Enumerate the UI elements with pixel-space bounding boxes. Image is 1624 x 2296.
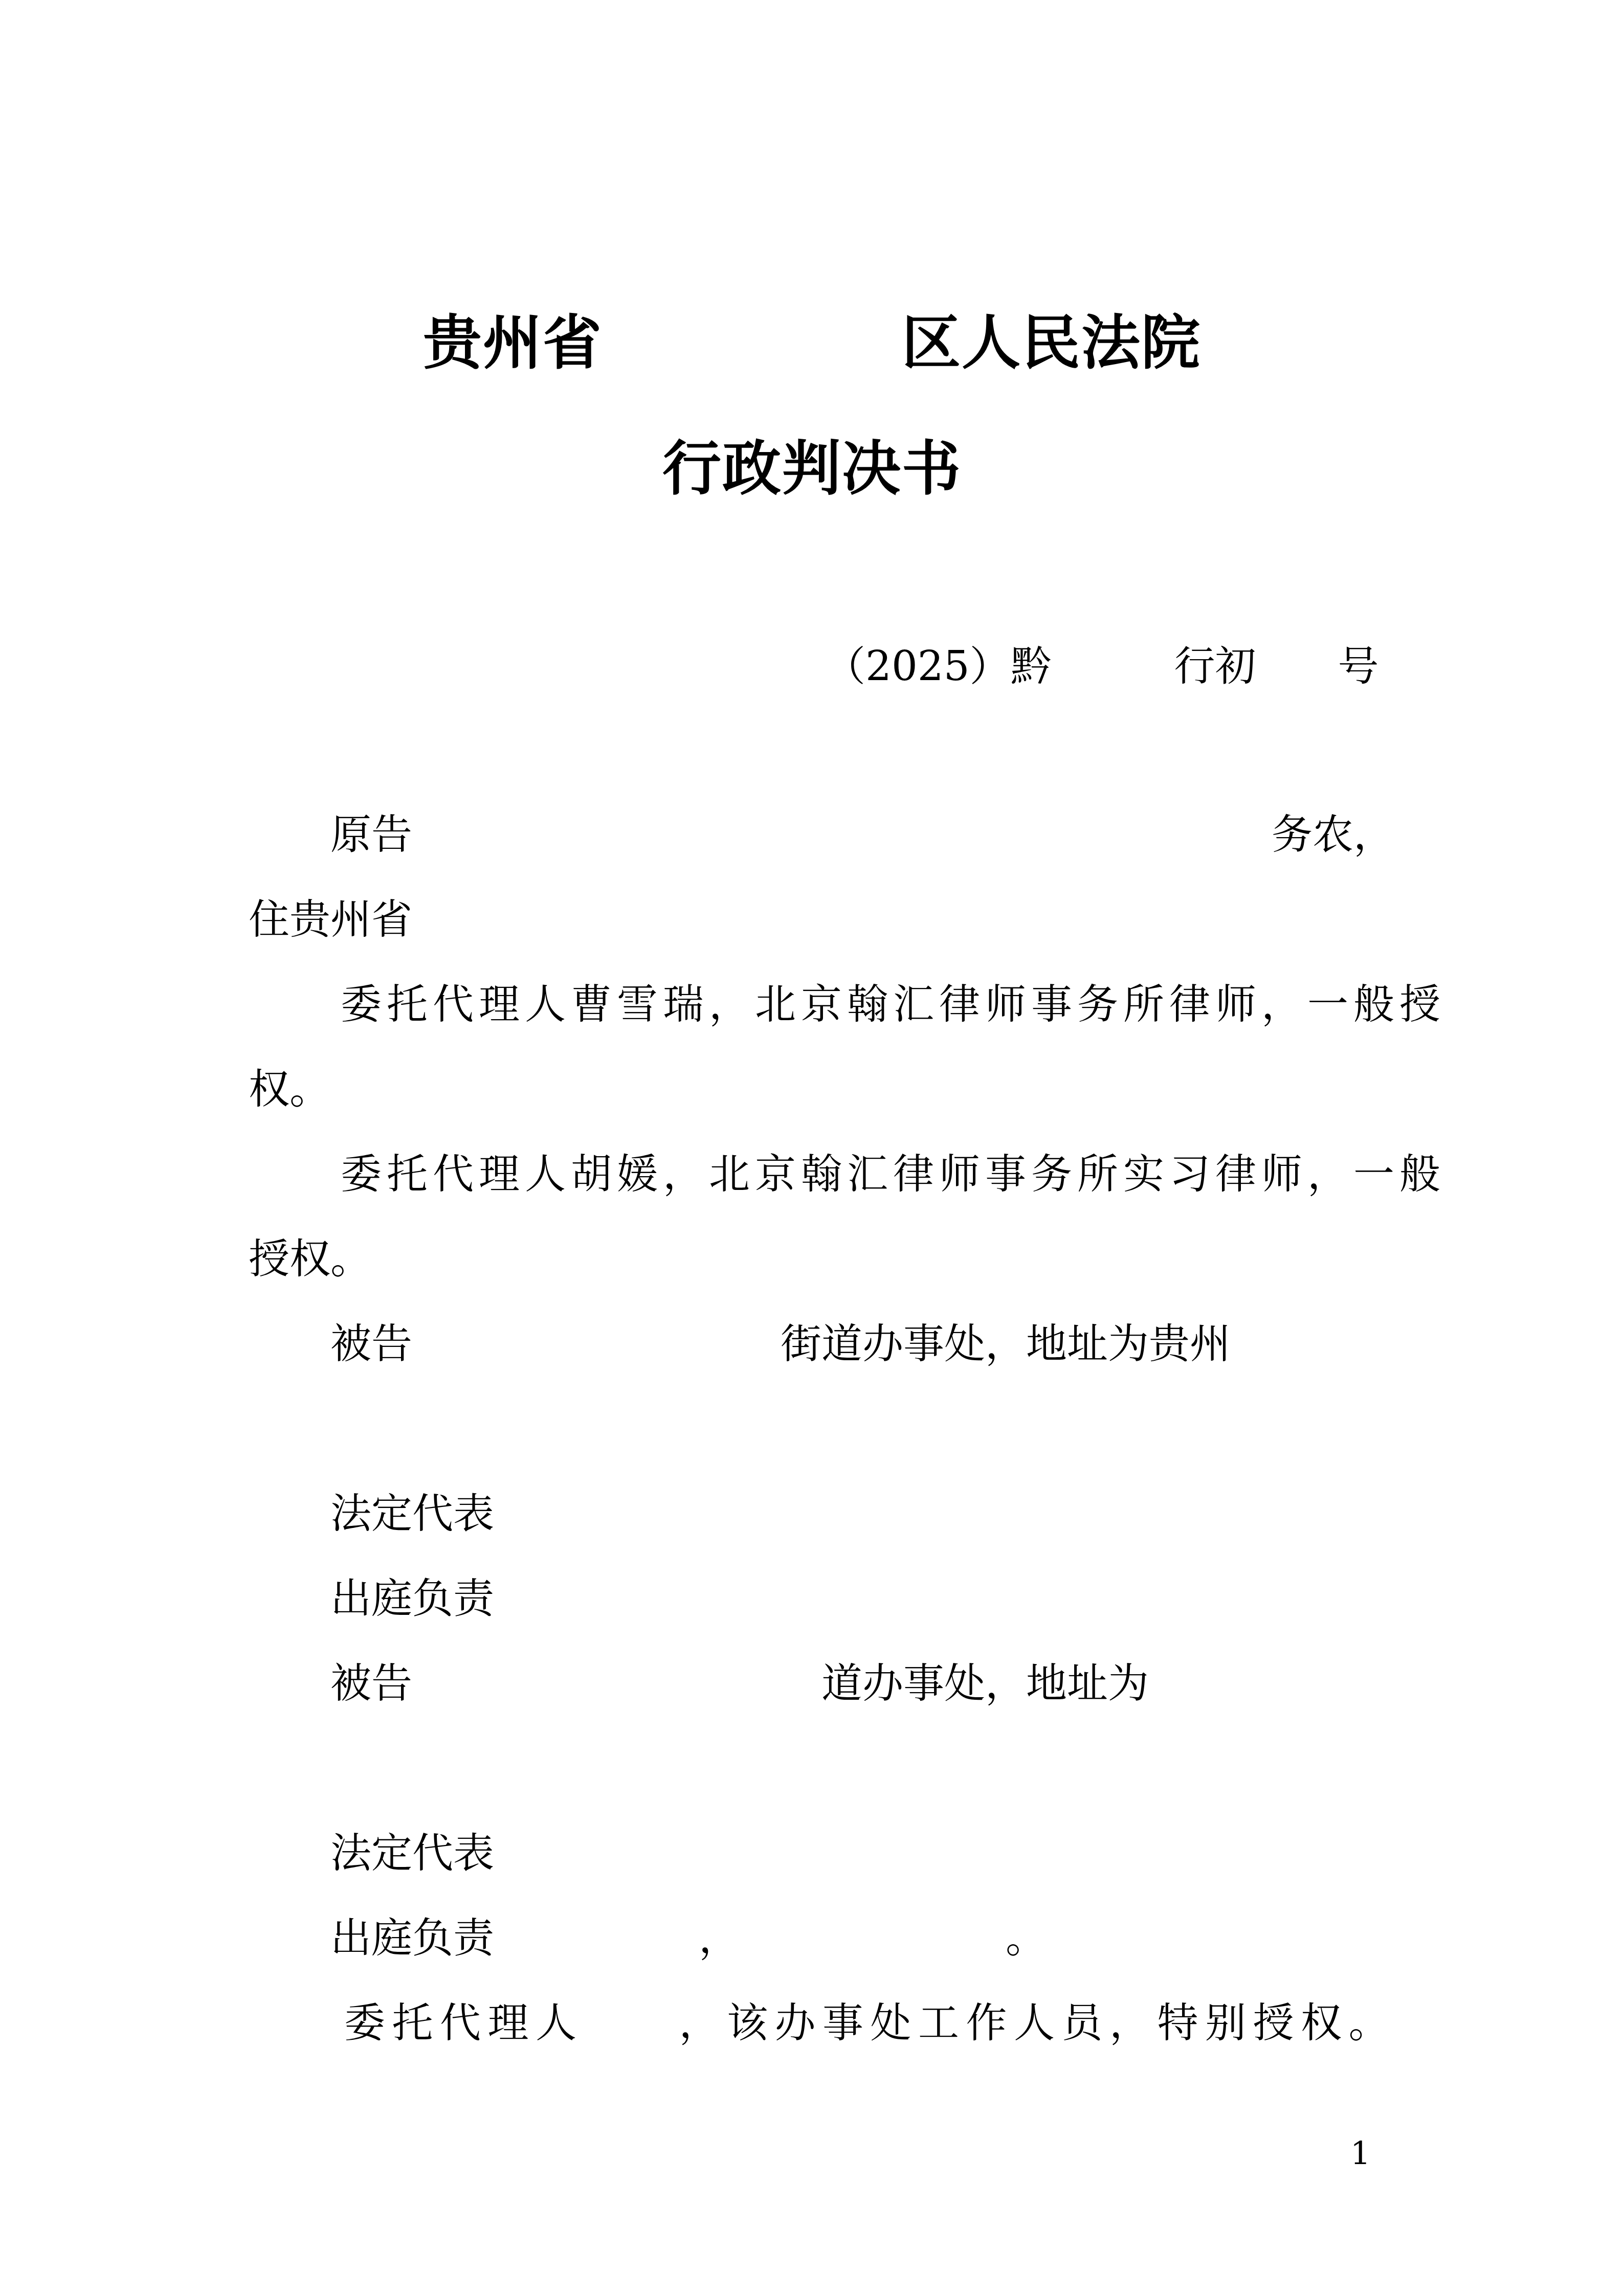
body-line-court-appearance-2: 出庭负责 ， 。	[249, 1896, 1415, 1980]
body-line-defendant-2: 被告 道办事处，地址为	[249, 1641, 1415, 1726]
body-line-agent-1: 委托代理人曹雪瑞，北京翰汇律师事务所律师，一般授	[249, 962, 1415, 1047]
body-line-legal-rep-1: 法定代表	[249, 1471, 1415, 1556]
page-number: 1	[1350, 2131, 1370, 2175]
case-number: （2025）黔 行初 号	[825, 638, 1379, 694]
body-line-residence: 住贵州省	[249, 877, 1415, 962]
body-line-defendant-1: 被告 街道办事处，地址为贵州	[249, 1301, 1415, 1386]
body-line-blank	[249, 1726, 1415, 1811]
court-name-heading: 贵州省 区人民法院	[0, 305, 1624, 381]
body-line-legal-rep-2: 法定代表	[249, 1811, 1415, 1896]
body-line-agent-3: 委托代理人 ，该办事处工作人员，特别授权。	[249, 1980, 1415, 2065]
body-line-blank	[249, 1386, 1415, 1471]
body-line-court-appearance-1: 出庭负责	[249, 1556, 1415, 1641]
body-line-agent-1-cont: 权。	[249, 1047, 1415, 1132]
body-line-agent-2-cont: 授权。	[249, 1217, 1415, 1301]
body-line-plaintiff: 原告 务农，	[249, 792, 1415, 877]
document-type-title: 行政判决书	[0, 431, 1624, 507]
judgment-document-page: 贵州省 区人民法院 行政判决书 （2025）黔 行初 号 原告 务农， 住贵州省…	[0, 0, 1624, 2296]
body-line-agent-2: 委托代理人胡媛，北京翰汇律师事务所实习律师，一般	[249, 1132, 1415, 1217]
document-body: 原告 务农， 住贵州省 委托代理人曹雪瑞，北京翰汇律师事务所律师，一般授 权。 …	[249, 792, 1415, 2065]
